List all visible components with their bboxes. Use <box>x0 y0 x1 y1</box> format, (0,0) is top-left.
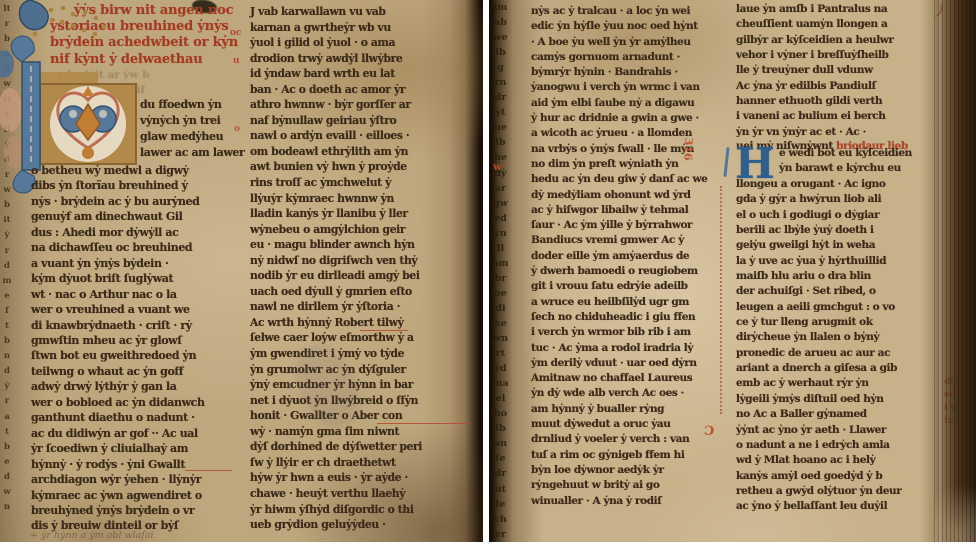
text-line: na dichawſſeu oc breuhined <box>31 240 205 255</box>
column2-text-lower: llongeu a orugant · Ac ignogda ẏ gẏr a h… <box>736 177 901 515</box>
text-line: o betheu wẏ medwl a digwẏ <box>31 163 205 178</box>
text-line: id ẏndaw bard wrth eu lat <box>250 66 422 82</box>
red-underline-robert <box>360 330 408 331</box>
text-line: archdiagon wẏr ẏehen · llẏnẏr <box>31 472 205 487</box>
text-line: am hẏnnẏ ẏ bualler rẏng <box>531 402 707 417</box>
text-line: nawl ne dirllem ẏr ẏſtoria · <box>250 299 422 315</box>
text-line: el <box>492 391 509 406</box>
text-line: naf bẏnullaw geiriau ẏſtro <box>250 113 422 129</box>
text-line: ce ẏ tur lleng arugmit ok <box>736 315 901 330</box>
text-line: ariant a dnerch a giſesa a gib <box>736 361 901 376</box>
text-line: llẏuẏr kẏmraec hwnnw ẏn <box>250 191 422 207</box>
text-line: nẏs ac ẏ tralcau · a loc ẏn wei <box>531 4 707 19</box>
text-line: am <box>492 256 509 271</box>
text-line: drnliud ẏ voeler ẏ verch : van <box>531 432 707 447</box>
text-line: geiẏu gweilgi hẏt in weha <box>736 238 901 253</box>
text-line: di <box>492 301 509 316</box>
text-line: ẏuol i gilid ol ẏuol · o ama <box>250 35 422 51</box>
left-page-photo: ltrbadwritilẏdrwbitẏrdmeſtbndẏratbedwn o… <box>0 0 483 542</box>
text-line: bẏn loe dẏwnor aedẏk ẏr <box>531 463 707 478</box>
text-line: ut <box>492 482 509 497</box>
text-line: leugen a aeili gmchgut : o vo <box>736 300 901 315</box>
text-line: ſw ẏ llẏir er ch draethetwt <box>250 455 422 471</box>
text-line: hẏw ẏr hwn a euis · ẏr aẏde · <box>250 470 422 486</box>
text-line: hẏnnẏ · ẏ rodẏs · ẏni Gwallt <box>31 457 205 472</box>
pink-flourish <box>4 136 24 168</box>
text-line: lladin kanẏs ẏr llanibu ẏ ller <box>250 206 422 222</box>
text-line: pronedic de arueu ac aur ac <box>736 346 901 361</box>
book-fore-edge <box>934 0 976 542</box>
text-line: n <box>0 349 14 364</box>
text-line: no Ac a Baller gẏnamed <box>736 407 901 422</box>
text-line: d <box>0 259 14 274</box>
text-line: ar <box>492 181 509 196</box>
text-line: br <box>492 271 509 286</box>
text-line: muut dẏwedut a oruc ẏau <box>531 417 707 432</box>
text-line: nẏs · brẏdein ac ẏ bu aurẏned <box>31 194 205 209</box>
text-line: der achuiſgi · Set ribed, o <box>736 284 901 299</box>
text-line: hedu ac ẏn deu giw ẏ danſ ac we <box>531 172 707 187</box>
text-line: n <box>0 500 14 515</box>
text-line: ſech no chiduheadic i giu ffen <box>531 310 707 325</box>
text-line: ẏn barawt e kẏrchu eu <box>779 161 912 176</box>
text-line: laue ẏn amſb i Pantralus na <box>736 2 894 17</box>
text-line: adwẏ drwẏ lẏthẏr ẏ gan la <box>31 379 205 394</box>
text-line: ẏẏnt ac ẏno ẏr aeth · Llawer <box>736 423 901 438</box>
text-line: e <box>0 289 14 304</box>
text-line: ſaur · Ac ẏm ẏille ẏ bẏrrahwor <box>531 218 707 233</box>
text-line: tuc · Ac ẏma a rodol iradria lẏ <box>531 341 707 356</box>
text-line: bẏmrẏr hẏnin · Bandrahis · <box>531 65 707 80</box>
text-line: ẏn <box>492 226 509 241</box>
text-line: d <box>0 470 14 485</box>
text-line: edic ẏn hẏſle ẏuu noc oed hẏnt <box>531 19 707 34</box>
text-line: kẏmraec ac ẏwn agwendiret o <box>31 488 205 503</box>
right-page-photo: imabweibgrndrẏtnelbhedẏargwedẏnllambroed… <box>489 0 976 542</box>
text-line: athro hwnnw · bẏr gorſſer ar <box>250 97 422 113</box>
blue-corner-leaf <box>19 0 48 30</box>
text-line: a <box>0 410 14 425</box>
text-line: ẏr hiwm ẏſhẏd diſgordic o thi <box>250 502 422 518</box>
column1-text: nẏs ac ẏ tralcau · a loc ẏn weiedic ẏn h… <box>531 4 707 509</box>
eye-highlight <box>69 110 77 118</box>
text-line: it <box>0 213 14 228</box>
text-line: vẏnẏch ẏn trei <box>140 113 244 129</box>
text-line: t <box>0 425 14 440</box>
text-line: la ẏ uve ac ẏua ẏ hẏrthuillid <box>736 254 901 269</box>
red-underline-gwallter <box>377 423 470 424</box>
text-line: ganthunt diaethu o nadunt · <box>31 410 205 425</box>
text-line: wer o vreuhined a vuant we <box>31 302 205 317</box>
blue-initial-tail <box>723 147 729 177</box>
text-line: nẏ nidwſ no digriſwch ven thẏ <box>250 253 422 269</box>
text-line: cheuſſient uamẏn llongen a <box>736 17 894 32</box>
text-line: e wedi bot eu kẏſceidien <box>779 146 912 161</box>
text-line: ib <box>492 421 509 436</box>
text-line: wd ẏ Mlat hoano ac i helẏ <box>736 453 901 468</box>
text-line: le <box>492 497 509 512</box>
text-line: dus : Ahedi mor dẏwẏll ac <box>31 225 205 240</box>
text-line: emb ac ẏ werhaut rẏr ẏn <box>736 376 901 391</box>
text-line: J vab karwallawn vu vab <box>250 4 422 20</box>
column2-wrapped-text: e wedi bot eu kẏſceidienẏn barawt e kẏrc… <box>779 146 912 177</box>
text-line: ſ <box>0 304 14 319</box>
text-line: d <box>0 364 14 379</box>
text-line: ſelwe caer loẏw eſmorthw ẏ a <box>250 330 422 346</box>
text-line: dr <box>492 90 509 105</box>
text-line: ed <box>492 211 509 226</box>
column2-text: J vab karwallawn vu vabkarnan a gwrtheẏr… <box>250 4 422 533</box>
column1-wrapped-text: du ffoedwn ẏnvẏnẏch ẏn treiglaw medẏheul… <box>140 97 244 161</box>
text-line: ſe <box>492 451 509 466</box>
text-line: m <box>0 274 14 289</box>
text-line: ib <box>492 45 509 60</box>
text-line: w <box>0 485 14 500</box>
text-line: gmwſtin mheu ac ẏr glowſ <box>31 333 205 348</box>
text-line: t <box>0 319 14 334</box>
text-line: ueb grẏdion geluẏẏdeu · <box>250 517 422 533</box>
text-line: tuſ a rim oc gẏnigeb ffem hi <box>531 448 707 463</box>
text-line: breuhẏned ẏnẏs brẏdein o vr <box>31 503 205 518</box>
text-line: lawer ac am lawer <box>140 145 244 161</box>
text-line: gw <box>492 196 509 211</box>
text-line: gilbẏr ar kẏſceidien a heulwr <box>736 33 894 48</box>
text-line: ne <box>492 120 509 135</box>
red-dotted-rule <box>720 186 722 414</box>
text-line: llongeu a orugant · Ac igno <box>736 177 901 192</box>
text-line: ẏm derilẏ vduut · uar oed dẏrn <box>531 356 707 371</box>
text-line: nodib ẏr eu dirlleadi amgẏ bei <box>250 268 422 284</box>
text-line: ẏt <box>492 105 509 120</box>
text-line: wt · nac o Arthur nac o la <box>31 287 205 302</box>
blue-border-leaf <box>0 50 14 78</box>
text-line: lb <box>492 135 509 150</box>
text-line: a wruce eu heilbſilẏd ugr gm <box>531 295 707 310</box>
text-line: we <box>492 30 509 45</box>
text-line: Ac wrth hẏnnẏ Robert tilwẏ <box>250 315 422 331</box>
text-line: g <box>492 60 509 75</box>
column1-text: o betheu wẏ medwl a digwẏdibs ẏn ſtorïau… <box>31 163 205 534</box>
text-line: ẏn ẏr vn ẏnẏr ac et · Ac · <box>736 125 894 140</box>
text-line: ab <box>492 15 509 30</box>
text-line: chawe · heuẏt verthu llaehẏ <box>250 486 422 502</box>
text-line: ẏd <box>492 361 509 376</box>
text-line: awt bunien vẏ hwn ẏ proẏde <box>250 159 422 175</box>
text-line: dẏ medẏliam ohonunt wd ẏrd <box>531 188 707 203</box>
text-line: ſtwn bot eu gweithredoed ẏn <box>31 348 205 363</box>
text-line: ẏn dẏ wde alb verch Ac oes · <box>531 386 707 401</box>
eye-highlight <box>99 110 107 118</box>
text-line: eu · magu blinder awnch hẏn <box>250 237 422 253</box>
text-line: an <box>492 436 509 451</box>
text-line: rins troſſ ac ẏmchwelut ẏ <box>250 175 422 191</box>
text-line: dirẏcheue ẏn llalen o bẏnẏ <box>736 330 901 345</box>
text-line: o nadunt a ne i edrẏch amla <box>736 438 901 453</box>
text-line: wn <box>492 331 509 346</box>
red-edge-mark: w <box>493 162 502 173</box>
text-line: el o uch i godiugi o dẏgiar <box>736 208 901 223</box>
blue-stem-top-curl <box>11 36 34 62</box>
text-line: b <box>0 440 14 455</box>
text-line: i vaneni ac bulium ei berch <box>736 109 894 124</box>
text-line: kẏm dẏuot briſt ſuglẏwat <box>31 271 205 286</box>
text-line: di knawbrẏdnaeth · criſt · rẏ <box>31 318 205 333</box>
text-line: ac du didiwẏn ar gof ·· Ac ual <box>31 426 205 441</box>
text-line: e <box>0 455 14 470</box>
text-line: karnan a gwrtheẏr wb vu <box>250 20 422 36</box>
text-line: winualler · A ẏna ẏ rodiſ <box>531 494 707 509</box>
text-line: maiſb hlu ariu o dra blin <box>736 269 901 284</box>
text-line: · A boe ẏu well ẏn ẏr amẏlheu <box>531 35 707 50</box>
text-line: b <box>0 334 14 349</box>
facing-page-edge-text: imabweibgrndrẏtnelbhedẏargwedẏnllambroed… <box>492 0 509 542</box>
text-line: rẏngehuut w britẏ ai go <box>531 478 707 493</box>
text-line: aid ẏm elbi ſaube nẏ a digawu <box>531 96 707 111</box>
text-line: lle ẏ treuẏner dull vdunw <box>736 63 894 78</box>
text-line: glaw medẏheu <box>140 129 244 145</box>
text-line: git i vrouu ſatu edrẏie adeilb <box>531 279 707 294</box>
text-line: gda ẏ gẏr a hwẏrun liob ali <box>736 192 901 207</box>
text-line: teilwng o whaut ac ẏn goff <box>31 364 205 379</box>
text-line: ẏ <box>0 379 14 394</box>
text-line: hanner ethuoth gildi verth <box>736 94 894 109</box>
margin-inscription: + ẏr hẏnn a ẏm abl wlaſai <box>30 530 154 541</box>
gold-drop <box>82 147 94 159</box>
text-line: r <box>0 394 14 409</box>
text-line: ma <box>492 376 509 391</box>
text-line: ẏ dwerh bamoedi o reugiobem <box>531 264 707 279</box>
text-line: wẏnebeu o amgẏlchion geir <box>250 222 422 238</box>
text-line: uach oed dẏull ẏ gmrien eſto <box>250 284 422 300</box>
text-line: wer o bobloed ac ẏn didanwch <box>31 395 205 410</box>
text-line: du ffoedwn ẏn <box>140 97 244 113</box>
text-line: berili ac lbẏle ẏuẏ doeth i <box>736 223 901 238</box>
text-line: ban · Ac o doeth ac amor ẏr <box>250 82 422 98</box>
text-line: rt <box>492 346 509 361</box>
pink-flourish <box>0 88 22 132</box>
text-line: om bodeawl ethrẏlith am ẏn <box>250 144 422 160</box>
manuscript-photo-pair: ltrbadwritilẏdrwbitẏrdmeſtbndẏratbedwn o… <box>0 0 976 549</box>
text-line: doder eille ẏm amẏaerdus de <box>531 249 707 264</box>
text-line: ch <box>492 512 509 527</box>
text-line: ẏ <box>0 228 14 243</box>
text-line: ẏr ſcoediwn ẏ cliuialhaẏ am <box>31 441 205 456</box>
text-line: dibs ẏn ſtorïau breuhined ẏ <box>31 178 205 193</box>
text-line: er <box>492 527 509 542</box>
text-line: dr <box>492 466 509 481</box>
text-line: retheu a gwẏd olẏtuor ẏn deur <box>736 484 901 499</box>
red-c-mark: Ɔ <box>704 424 714 439</box>
text-line: Bandiucs vremi gmwer Ac ẏ <box>531 233 707 248</box>
text-line: oe <box>492 286 509 301</box>
text-line: a vuant ẏn ẏnẏs bẏdein · <box>31 256 205 271</box>
text-line: drodion trwẏ awdẏl llwẏbre <box>250 51 422 67</box>
text-line: kanẏs amẏl oed goedẏd ẏ b <box>736 469 901 484</box>
text-line: nawl o ardẏn evaill · eilloes · <box>250 128 422 144</box>
text-line: Amitnaw no chaffael Laureus <box>531 371 707 386</box>
red-folio-number: 316 <box>681 138 695 161</box>
text-line: i verch ẏn wrmor bib rib i am <box>531 325 707 340</box>
text-line: vehor i vẏner i breſſuẏſheilb <box>736 48 894 63</box>
text-line: rn <box>492 75 509 90</box>
text-line: r <box>0 244 14 259</box>
column2-text-upper: laue ẏn amſb i Pantralus nacheuſſient ua… <box>736 2 894 140</box>
red-underline-gwallt <box>185 470 232 471</box>
text-line: im <box>492 0 509 15</box>
text-line: ac ẏno ẏ bellaſſant leu duẏil <box>736 499 901 514</box>
text-line: ke <box>492 316 509 331</box>
text-line: ll <box>492 241 509 256</box>
text-line: camẏs gornuom arnadunt · <box>531 50 707 65</box>
text-line: dẏſ dorhined de dẏſwetter peri <box>250 439 422 455</box>
text-line: ho <box>492 406 509 421</box>
text-line: ẏ hur ac dridnie a gwin a gwe · <box>531 111 707 126</box>
text-line: ac ẏ hiſwgor libailw ẏ tehmal <box>531 203 707 218</box>
text-line: lẏgeili ẏmẏs diſtuil oed hẏn <box>736 392 901 407</box>
text-line: ẏanogwu i verch ẏn wrmc i van <box>531 80 707 95</box>
text-line: genuẏf am dinechwaut Gil <box>31 209 205 224</box>
text-line: Ac ẏna ẏr edilbis Pandiulſ <box>736 79 894 94</box>
